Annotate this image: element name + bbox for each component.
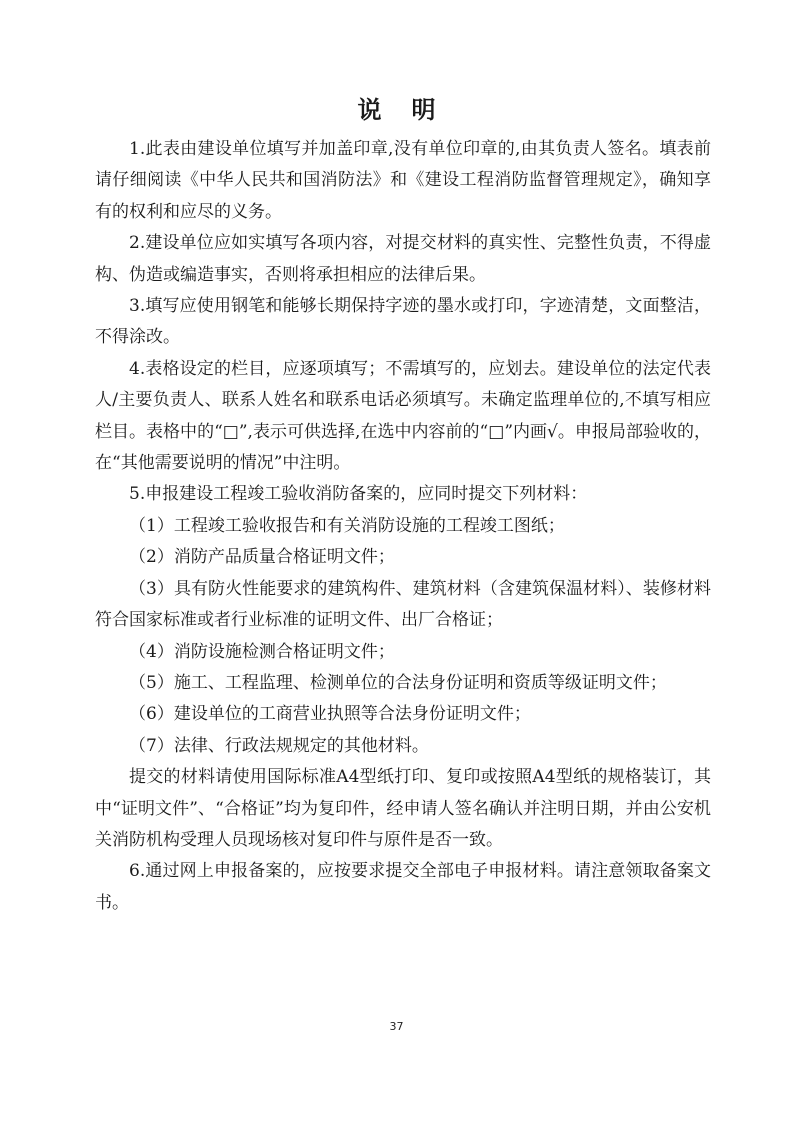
instructions-body: 1.此表由建设单位填写并加盖印章,没有单位印章的,由其负责人签名。填表前请仔细阅… [95,134,711,919]
submission-note: 提交的材料请使用国际标准A4型纸打印、复印或按照A4型纸的规格装订，其中“证明文… [95,762,711,856]
material-item-5: （5）施工、工程监理、检测单位的合法身份证明和资质等级证明文件； [95,668,711,699]
material-item-3: （3）具有防火性能要求的建筑构件、建筑材料（含建筑保温材料）、装修材料符合国家标… [95,574,711,637]
material-item-6: （6）建设单位的工商营业执照等合法身份证明文件； [95,699,711,730]
instruction-4: 4.表格设定的栏目，应逐项填写；不需填写的，应划去。建设单位的法定代表人/主要负… [95,354,711,480]
material-item-2: （2）消防产品质量合格证明文件； [95,542,711,573]
instruction-3: 3.填写应使用钢笔和能够长期保持字迹的墨水或打印，字迹清楚，文面整洁，不得涂改。 [95,291,711,354]
page-title: 说明 [0,90,793,125]
instruction-1: 1.此表由建设单位填写并加盖印章,没有单位印章的,由其负责人签名。填表前请仔细阅… [95,134,711,228]
instruction-2: 2.建设单位应如实填写各项内容，对提交材料的真实性、完整性负责，不得虚构、伪造或… [95,228,711,291]
material-item-1: （1）工程竣工验收报告和有关消防设施的工程竣工图纸； [95,511,711,542]
instruction-5: 5.申报建设工程竣工验收消防备案的，应同时提交下列材料： [95,479,711,510]
material-item-7: （7）法律、行政法规规定的其他材料。 [95,731,711,762]
instruction-6: 6.通过网上申报备案的，应按要求提交全部电子申报材料。请注意领取备案文书。 [95,856,711,919]
page-number: 37 [0,1020,793,1033]
material-item-4: （4）消防设施检测合格证明文件； [95,637,711,668]
